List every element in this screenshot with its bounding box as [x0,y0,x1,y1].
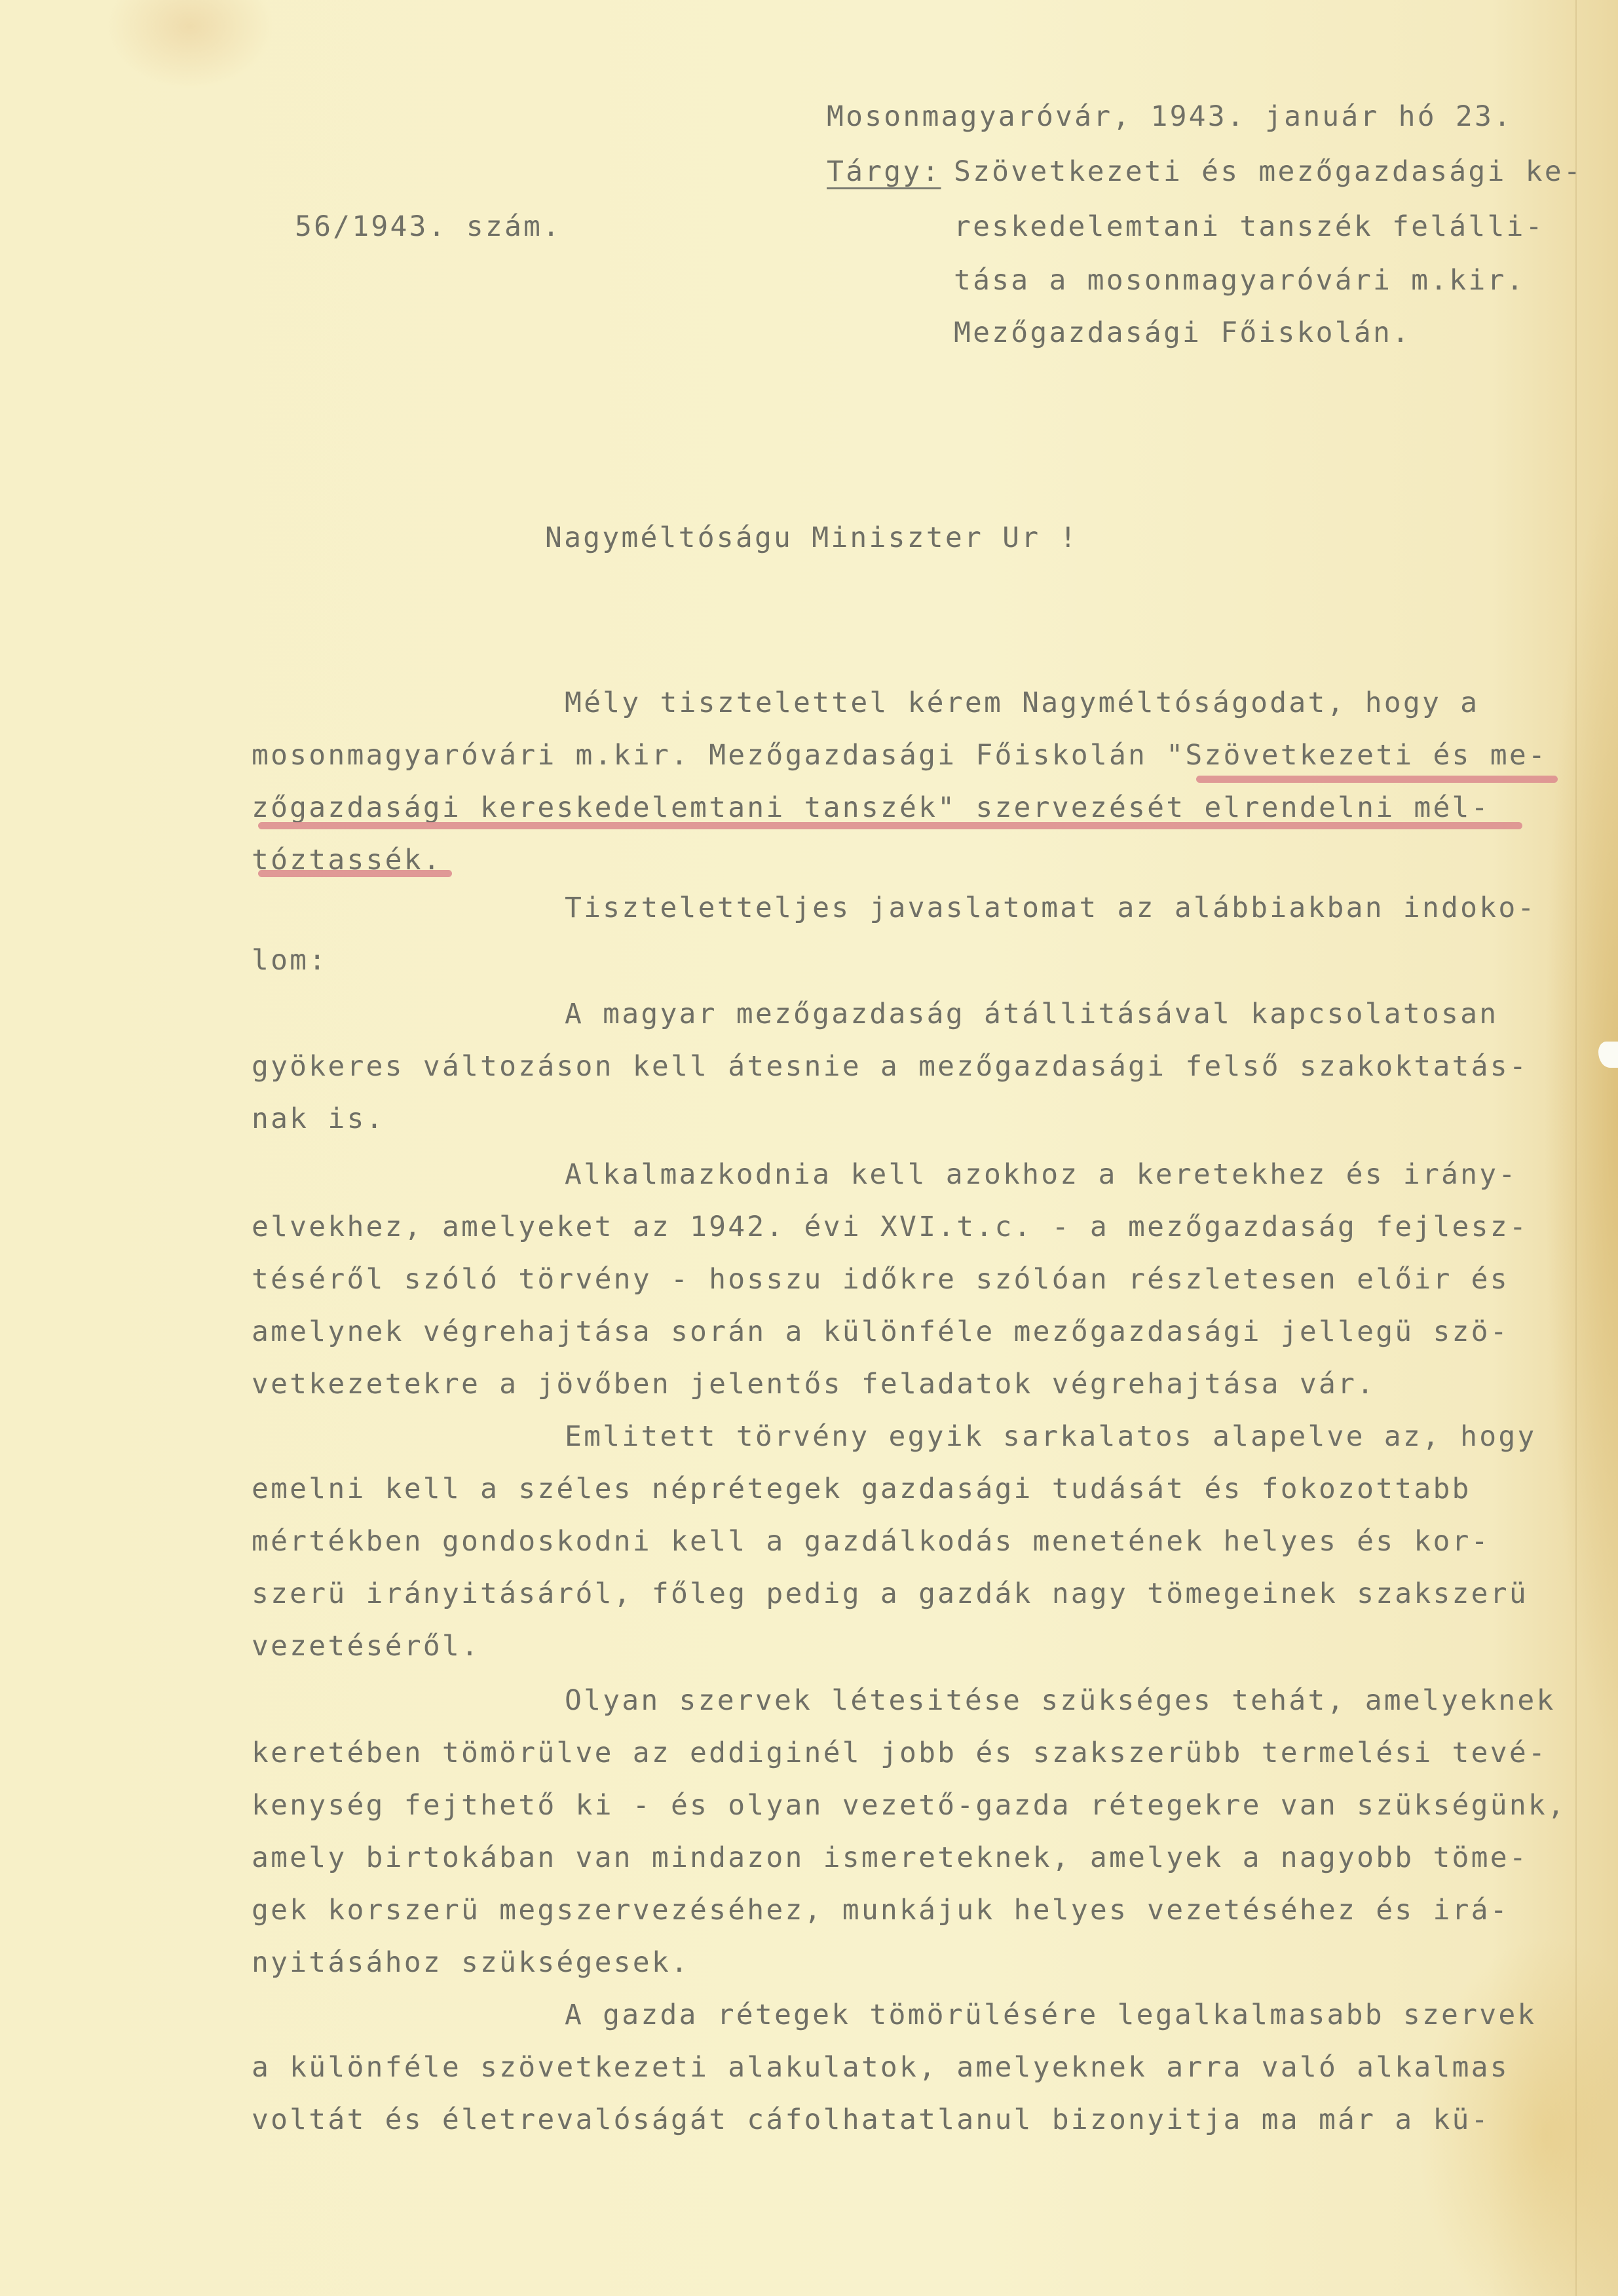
body-line: vetkezetekre a jövőben jelentős feladato… [252,1366,1376,1402]
body-line: lom: [252,942,328,979]
subject-line-1: Szövetkezeti és mezőgazdasági ke- [954,153,1583,190]
body-line: keretében tömörülve az eddiginél jobb és… [252,1735,1547,1771]
body-line: vezetéséről. [252,1628,480,1665]
body-line: Alkalmazkodnia kell azokhoz a keretekhez… [565,1156,1517,1193]
salutation: Nagyméltóságu Miniszter Ur ! [545,519,1078,556]
reference-number: 56/1943. szám. [295,208,561,245]
body-line: Tiszteletteljes javaslatomat az alábbiak… [565,890,1537,926]
body-line: Mély tisztelettel kérem Nagyméltóságodat… [565,685,1479,721]
body-line: Olyan szervek létesitése szükséges tehát… [565,1682,1556,1719]
paper-tear [1598,1042,1618,1068]
red-underline-mark [1196,776,1558,783]
paper-fold-line [1575,0,1577,2296]
place-date: Mosonmagyaróvár, 1943. január hó 23. [827,98,1513,135]
body-line: szerü irányitásáról, főleg pedig a gazdá… [252,1575,1528,1612]
body-line: A magyar mezőgazdaság átállitásával kapc… [565,996,1498,1032]
body-line: a különféle szövetkezeti alakulatok, ame… [252,2049,1509,2086]
body-line: elvekhez, amelyeket az 1942. évi XVI.t.c… [252,1209,1528,1245]
body-line: mértékben gondoskodni kell a gazdálkodás… [252,1523,1490,1560]
body-line: kenység fejthető ki - és olyan vezető-ga… [252,1787,1566,1824]
red-underline-mark [258,822,1522,829]
body-line: zőgazdasági kereskedelemtani tanszék" sz… [252,789,1490,826]
body-line: téséről szóló törvény - hosszu időkre sz… [252,1261,1509,1298]
body-line: mosonmagyaróvári m.kir. Mezőgazdasági Fő… [252,737,1547,774]
body-line: emelni kell a széles néprétegek gazdaság… [252,1471,1471,1507]
body-line: gek korszerü megszervezéséhez, munkájuk … [252,1892,1509,1929]
body-line: gyökeres változáson kell átesnie a mezőg… [252,1048,1528,1085]
body-line: amely birtokában van mindazon ismeretekn… [252,1839,1528,1876]
subject-line-4: Mezőgazdasági Főiskolán. [954,314,1411,351]
scanned-letter-page: Mosonmagyaróvár, 1943. január hó 23. 56/… [0,0,1618,2296]
body-line: Emlitett törvény egyik sarkalatos alapel… [565,1418,1537,1455]
subject-label: Tárgy: [827,153,941,190]
subject-line-2: reskedelemtani tanszék felálli- [954,208,1545,245]
body-line: nak is. [252,1101,385,1137]
body-line: A gazda rétegek tömörülésére legalkalmas… [565,1997,1537,2033]
body-line: nyitásához szükségesek. [252,1944,690,1981]
body-line: voltát és életrevalóságát cáfolhatatlanu… [252,2101,1490,2138]
subject-line-3: tása a mosonmagyaróvári m.kir. [954,262,1526,299]
red-underline-mark [258,870,452,877]
body-line: amelynek végrehajtása során a különféle … [252,1313,1509,1350]
